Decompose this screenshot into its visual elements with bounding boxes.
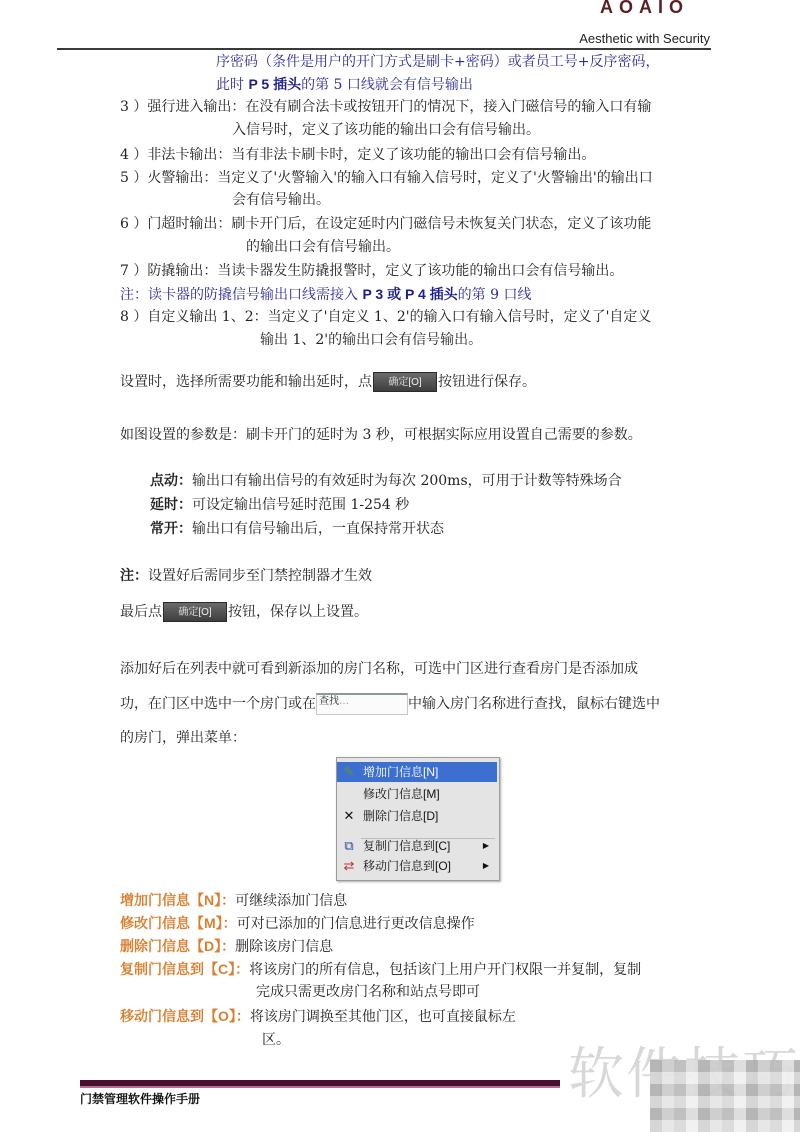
submenu-arrow-icon: ▶: [483, 836, 489, 856]
copy-icon: ⧉: [341, 838, 357, 854]
brand-tagline: Aesthetic with Security: [579, 31, 710, 46]
item-6-line-1: 6 ）门超时输出：刷卡开门后，在设定延时内门磁信号未恢复关门状态，定义了该功能: [120, 214, 651, 234]
item-6-line-2: 的输出口会有信号输出。: [246, 237, 400, 257]
confirm-button[interactable]: 确定[O]: [373, 372, 437, 392]
added-paragraph-line-2: 功，在门区中选中一个房门或在查找…中输入房门名称进行查找，鼠标右键选中: [120, 692, 660, 716]
desc-edit-door: 修改门信息【M】：可对已添加的门信息进行更改信息操作: [120, 913, 475, 934]
brand-logo: AOAIO: [600, 0, 702, 16]
pixelated-overlay-shade: [650, 1060, 800, 1132]
footer-title: 门禁管理软件操作手册: [80, 1090, 200, 1107]
desc-copy-door: 复制门信息到【C】：将该房门的所有信息，包括该门上用户开门权限一并复制，复制: [120, 959, 641, 980]
header-divider: [57, 48, 711, 50]
search-input[interactable]: 查找…: [316, 693, 408, 715]
menu-item-add-door[interactable]: ✎ 增加门信息[N]: [337, 762, 497, 782]
def-normally-open: 常开：输出口有信号输出后，一直保持常开状态: [150, 518, 444, 539]
item-8-line-2: 输出 1、2'的输出口会有信号输出。: [260, 330, 482, 350]
item-3-line-1: 3 ）强行进入输出：在没有刷合法卡或按钮开门的情况下，接入门磁信号的输入口有输: [120, 97, 651, 117]
item-5-line-1: 5 ）火警输出：当定义了'火警输入'的输入口有输入信号时，定义了'火警输出'的输…: [120, 168, 653, 188]
added-paragraph-line-1: 添加好后在列表中就可看到新添加的房门名称，可选中门区进行查看房门是否添加成: [120, 659, 638, 679]
item-3-line-2: 入信号时，定义了该功能的输出口会有信号输出。: [232, 120, 540, 140]
submenu-arrow-icon: ▶: [483, 856, 489, 876]
desc-copy-door-line-2: 完成只需更改房门名称和站点号即可: [256, 982, 480, 1002]
delete-x-icon: ✕: [341, 808, 357, 824]
desc-add-door: 增加门信息【N】：可继续添加门信息: [120, 890, 347, 911]
added-paragraph-line-3: 的房门，弹出菜单：: [120, 728, 246, 748]
footer-divider: [80, 1080, 560, 1088]
def-jog: 点动：输出口有输出信号的有效延时为每次 200ms，可用于计数等特殊场合: [150, 470, 622, 491]
confirm-button-final[interactable]: 确定[O]: [163, 602, 227, 622]
final-save-instruction: 最后点确定[O]按钮，保存以上设置。: [120, 600, 368, 624]
paragraph-continuation-1: 序密码（条件是用户的开门方式是刷卡+密码）或者员工号+反序密码，: [216, 52, 659, 72]
menu-item-move-door[interactable]: ⇄ 移动门信息到[O] ▶: [337, 856, 497, 876]
note-sync: 注：设置好后需同步至门禁控制器才生效: [120, 565, 372, 586]
item-4: 4 ）非法卡输出：当有非法卡刷卡时，定义了该功能的输出口会有信号输出。: [120, 145, 595, 165]
add-door-icon: ✎: [341, 764, 357, 780]
item-8-line-1: 8 ）自定义输出 1、2：当定义了'自定义 1、2'的输入口有输入信号时，定义了…: [120, 307, 651, 327]
item-7: 7 ）防撬输出：当读卡器发生防撬报警时，定义了该功能的输出口会有信号输出。: [120, 261, 623, 281]
context-menu: ✎ 增加门信息[N] 修改门信息[M] ✕ 删除门信息[D] ⧉ 复制门信息到[…: [336, 757, 500, 881]
paragraph-continuation-2: 此时 P 5 插头的第 5 口线就会有信号输出: [216, 74, 473, 95]
item-5-line-2: 会有信号输出。: [232, 190, 330, 210]
params-description: 如图设置的参数是：刷卡开门的延时为 3 秒，可根据实际应用设置自己需要的参数。: [120, 425, 642, 445]
menu-item-copy-door[interactable]: ⧉ 复制门信息到[C] ▶: [337, 836, 497, 856]
note-tamper: 注：读卡器的防撬信号输出口线需接入 P 3 或 P 4 插头的第 9 口线: [120, 284, 531, 305]
def-delay: 延时：可设定输出信号延时范围 1-254 秒: [150, 494, 409, 515]
desc-move-door: 移动门信息到【O】：将该房门调换至其他门区，也可直接鼠标左: [120, 1006, 516, 1027]
menu-item-delete-door[interactable]: ✕ 删除门信息[D]: [337, 806, 497, 826]
desc-delete-door: 删除门信息【D】：删除该房门信息: [120, 936, 333, 957]
move-icon: ⇄: [341, 858, 357, 874]
menu-item-edit-door[interactable]: 修改门信息[M]: [337, 784, 497, 804]
desc-move-door-line-2: 区。: [262, 1030, 290, 1050]
save-instruction: 设置时，选择所需要功能和输出延时，点确定[O]按钮进行保存。: [120, 370, 536, 394]
